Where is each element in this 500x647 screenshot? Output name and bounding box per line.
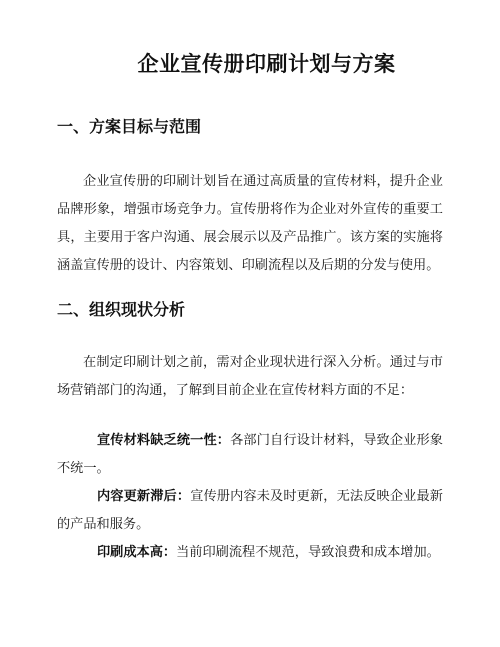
issue-item-outdated-content: 内容更新滞后：宣传册内容未及时更新，无法反映企业最新的产品和服务。 <box>57 482 443 538</box>
document-page: 企业宣传册印刷计划与方案 一、方案目标与范围 企业宣传册的印刷计划旨在通过高质量… <box>0 0 500 647</box>
issues-list: 宣传材料缺乏统一性：各部门自行设计材料，导致企业形象不统一。 内容更新滞后：宣传… <box>57 426 443 566</box>
issue-label-uniformity: 宣传材料缺乏统一性： <box>97 432 230 447</box>
document-title: 企业宣传册印刷计划与方案 <box>57 51 443 79</box>
issue-item-uniformity: 宣传材料缺乏统一性：各部门自行设计材料，导致企业形象不统一。 <box>57 426 443 482</box>
issue-item-high-cost: 印刷成本高：当前印刷流程不规范，导致浪费和成本增加。 <box>57 538 443 566</box>
section-heading-status-analysis: 二、组织现状分析 <box>57 300 443 321</box>
intro-paragraph: 企业宣传册的印刷计划旨在通过高质量的宣传材料，提升企业品牌形象，增强市场竞争力。… <box>57 167 443 279</box>
issue-text-high-cost: 当前印刷流程不规范，导致浪费和成本增加。 <box>176 544 440 559</box>
issue-label-outdated-content: 内容更新滞后： <box>97 488 190 503</box>
analysis-paragraph: 在制定印刷计划之前，需对企业现状进行深入分析。通过与市场营销部门的沟通，了解到目… <box>57 348 443 404</box>
issue-label-high-cost: 印刷成本高： <box>97 544 176 559</box>
section-heading-goals-scope: 一、方案目标与范围 <box>57 117 443 138</box>
